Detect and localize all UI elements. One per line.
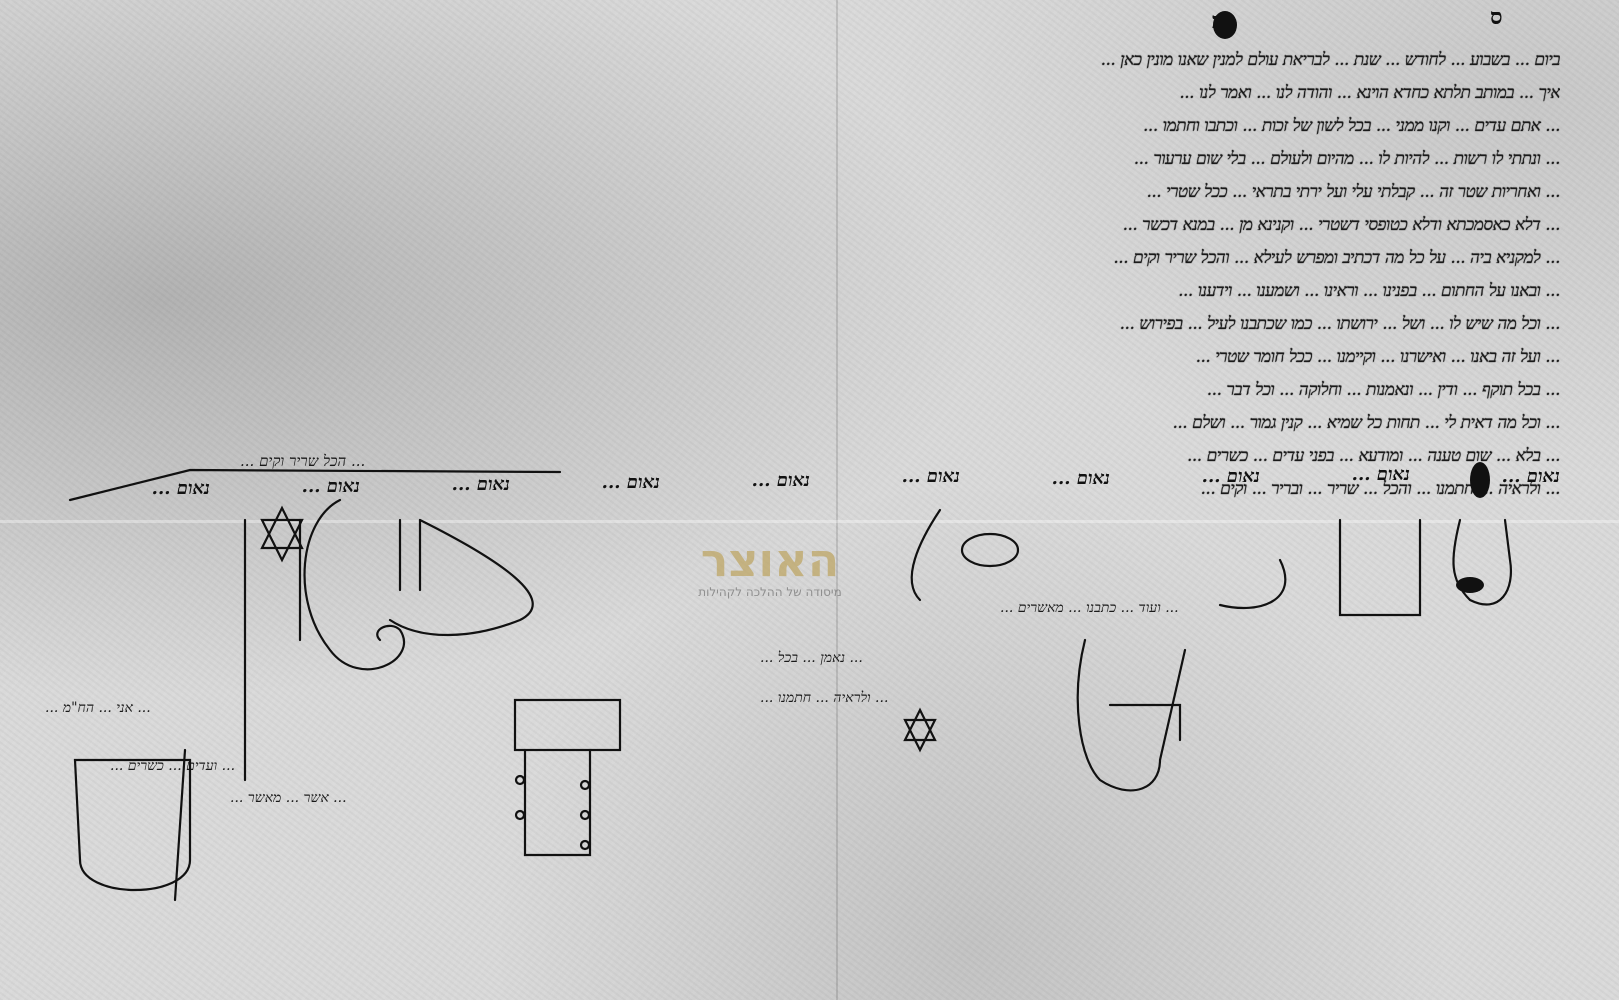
flourish-curve: [390, 520, 533, 635]
right-curve: [1220, 560, 1285, 608]
hand-drawing: [1078, 640, 1185, 790]
signature-stems: [245, 520, 420, 780]
star-of-david-icon-2: [905, 710, 935, 750]
mid-oval: [962, 534, 1018, 566]
ink-blot: [1213, 11, 1237, 39]
seal-box-center: [515, 700, 620, 750]
star-of-david-icon: [262, 508, 302, 560]
watermark: האוצר מיסודה של ההלכה לקהילות: [620, 535, 920, 599]
seal-frame-center: [525, 750, 590, 855]
seal-box-left: [75, 760, 190, 890]
watermark-title: האוצר: [620, 535, 920, 585]
watermark-subtitle: מיסודה של ההלכה לקהילות: [620, 585, 920, 599]
flourish-loop: [305, 500, 404, 669]
right-rect-drawing: [1340, 520, 1420, 615]
signature-drawings: [0, 0, 1619, 1000]
ink-rule-line: [70, 470, 560, 500]
right-seal: [1453, 520, 1511, 604]
